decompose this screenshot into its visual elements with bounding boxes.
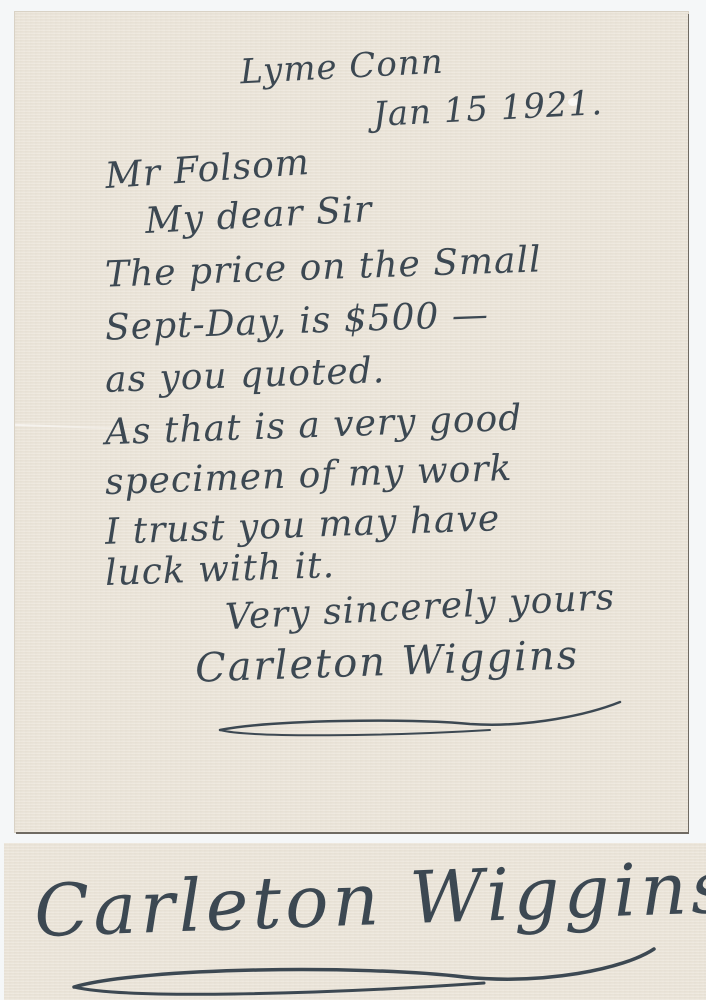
signature-flourish-icon (210, 700, 630, 740)
letter-body-line: As that is a very good (104, 401, 522, 452)
letter-sheet: Lyme Conn Jan 15 1921. Mr Folsom My dear… (15, 12, 688, 832)
letter-closing: Very sincerely yours (224, 580, 616, 636)
detail-signature: Carleton Wiggins (33, 851, 706, 947)
letter-date: Jan 15 1921. (372, 86, 603, 132)
letter-place: Lyme Conn (239, 45, 444, 90)
letter-signature: Carleton Wiggins (194, 635, 579, 688)
letter-body-line: I trust you may have (104, 501, 500, 551)
letter-body-line: The price on the Small (105, 242, 543, 293)
letter-salutation: Mr Folsom (104, 145, 311, 195)
signature-detail-panel: Carleton Wiggins (4, 843, 706, 1000)
letter-body-line: Sept-Day, is $500 — (104, 297, 489, 346)
detail-flourish-icon (64, 943, 664, 999)
letter-body-line: specimen of my work (104, 451, 512, 501)
letter-body-line: as you quoted. (104, 353, 385, 399)
letter-body-line: luck with it. (104, 548, 335, 592)
scan-canvas: Lyme Conn Jan 15 1921. Mr Folsom My dear… (0, 0, 706, 1000)
letter-greeting: My dear Sir (144, 192, 373, 240)
